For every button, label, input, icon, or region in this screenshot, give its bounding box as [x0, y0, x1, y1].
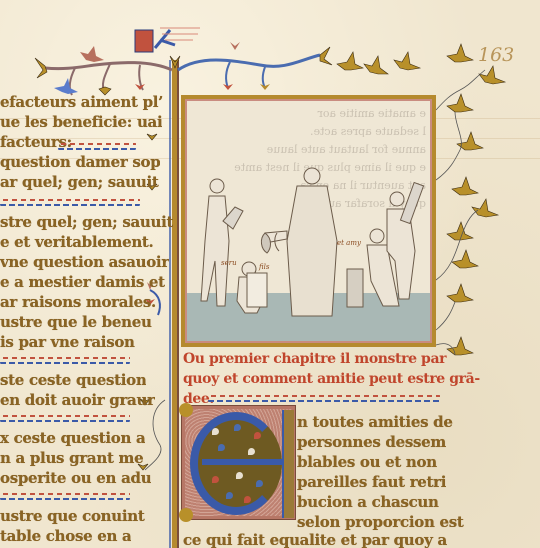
- text-line: pareilles faut retri: [297, 472, 446, 492]
- text-line: selon proporcion est: [297, 512, 464, 532]
- text-line: stre quel; gen; sauuit: [0, 212, 173, 232]
- manuscript-page: 163: [0, 0, 540, 548]
- text-line: n a plus grant me: [0, 448, 143, 468]
- line-filler: [0, 354, 130, 366]
- text-line: osperite ou en adu: [0, 468, 151, 488]
- text-line: en doit auoir graur: [0, 390, 155, 410]
- text-line: e a mestier damis et: [0, 272, 165, 292]
- text-line: ar raisons morales.: [0, 292, 156, 312]
- miniature-scene: e amatie amitie aor l sedaute apres acte…: [185, 99, 432, 343]
- foliage-ornament: [254, 432, 261, 439]
- line-filler: [58, 140, 136, 152]
- text-line: personnes dessem: [297, 432, 446, 452]
- text-line: bucion a chascun: [297, 492, 439, 512]
- foliage-ornament: [226, 492, 233, 499]
- line-filler: [0, 490, 130, 502]
- historiated-initial: [181, 405, 296, 520]
- text-line: table chose en a: [0, 526, 131, 546]
- rubric-line: quoy et comment amitie peut estre grā-: [183, 370, 480, 388]
- miniature-label: fils: [259, 263, 270, 271]
- initial-crossbar: [202, 459, 284, 465]
- initial-stem: [282, 410, 294, 518]
- rubric-line: Ou premier chapitre il monstre par: [183, 350, 446, 368]
- miniature-label: et amy: [337, 239, 361, 247]
- text-line: vne question asauoir: [0, 252, 169, 272]
- foliage-ornament: [212, 428, 219, 435]
- text-line: ue les beneficie: uai: [0, 112, 162, 132]
- foliage-ornament: [218, 444, 225, 451]
- foliage-ornament: [236, 472, 243, 479]
- line-filler: [0, 412, 130, 424]
- text-line: is par vne raison: [0, 332, 135, 352]
- figures-drawing: [187, 101, 430, 341]
- foliage-ornament: [248, 448, 255, 455]
- line-filler: [208, 392, 440, 404]
- text-line: ustre que le beneu: [0, 312, 152, 332]
- text-line: n toutes amities de: [297, 412, 453, 432]
- text-line: e et veritablement.: [0, 232, 153, 252]
- text-line: ste ceste question: [0, 370, 146, 390]
- foliage-ornament: [212, 476, 219, 483]
- miniature-illustration: e amatie amitie aor l sedaute apres acte…: [181, 95, 436, 347]
- gold-boss: [179, 403, 193, 417]
- text-line: question damer sop: [0, 152, 160, 172]
- miniature-label: seru: [221, 259, 237, 267]
- text-line: x ceste question a: [0, 428, 145, 448]
- line-filler: [0, 196, 140, 208]
- text-line: ustre que conuint: [0, 506, 145, 526]
- foliage-ornament: [256, 480, 263, 487]
- foliage-ornament: [244, 496, 251, 503]
- text-line: blables ou et non: [297, 452, 437, 472]
- foliage-ornament: [234, 424, 241, 431]
- gold-boss: [179, 508, 193, 522]
- text-line: ce qui fait equalite et par quoy a: [183, 530, 447, 548]
- text-line: ar quel; gen; sauuit: [0, 172, 159, 192]
- text-line: efacteurs aiment pl’: [0, 92, 163, 112]
